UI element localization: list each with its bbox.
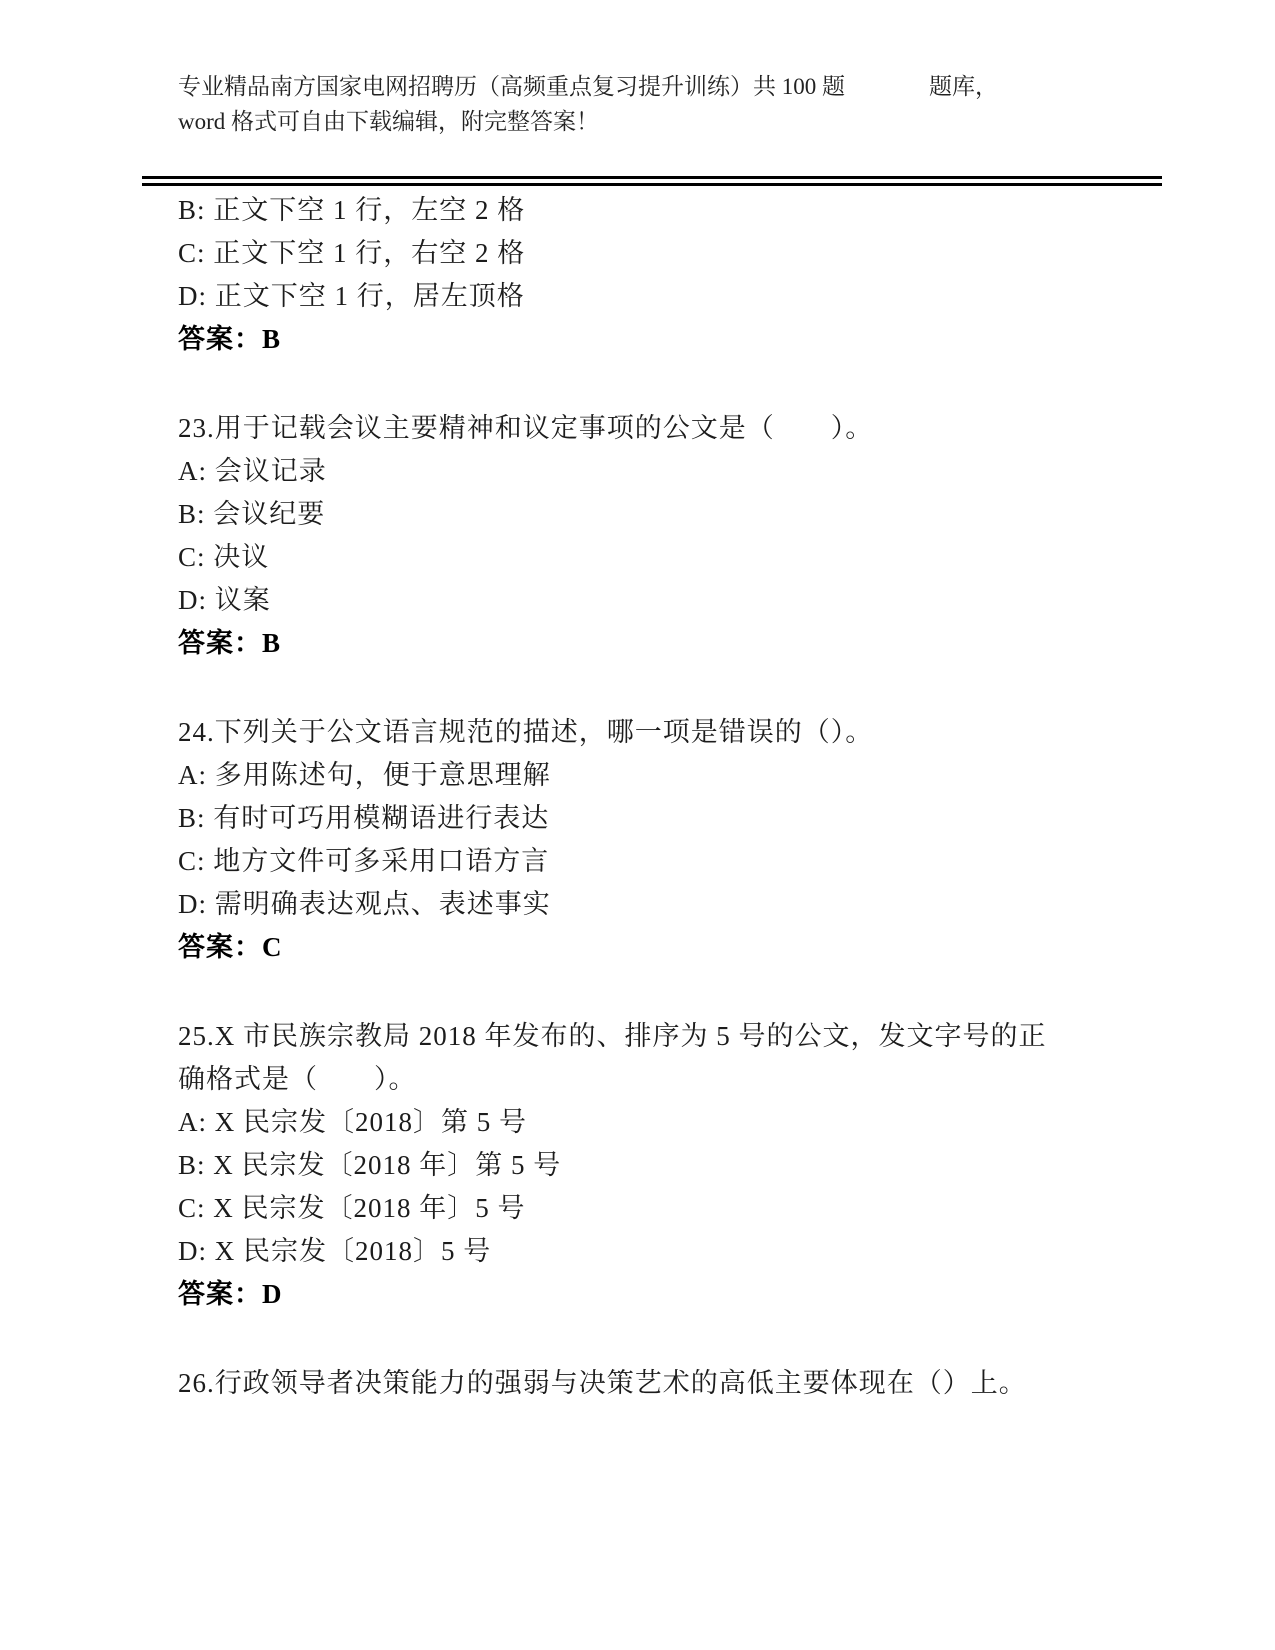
question-text: 25.X 市民族宗教局 2018 年发布的、排序为 5 号的公文，发文字号的正确…: [178, 1015, 1068, 1101]
option-line: C: X 民宗发〔2018 年〕5 号: [178, 1187, 1068, 1230]
answer-line: 答案：B: [178, 318, 1068, 361]
answer-label: 答案：: [178, 628, 262, 658]
option-line: A: 多用陈述句，便于意思理解: [178, 754, 1068, 797]
option-line: D: 议案: [178, 579, 1068, 622]
option-line: D: X 民宗发〔2018〕5 号: [178, 1230, 1068, 1273]
answer-label: 答案：: [178, 932, 262, 962]
option-line: D: 需明确表达观点、表述事实: [178, 883, 1068, 926]
question-24: 24.下列关于公文语言规范的描述，哪一项是错误的（）。 A: 多用陈述句，便于意…: [178, 711, 1068, 969]
answer-line: 答案：C: [178, 926, 1068, 969]
header-divider-double-line: [142, 176, 1162, 186]
question-23: 23.用于记载会议主要精神和议定事项的公文是（ ）。 A: 会议记录 B: 会议…: [178, 407, 1068, 665]
option-line: B: 有时可巧用模糊语进行表达: [178, 797, 1068, 840]
answer-value: D: [262, 1279, 283, 1309]
option-line: C: 决议: [178, 536, 1068, 579]
answer-value: C: [262, 932, 283, 962]
exam-document-page: 专业精品南方国家电网招聘历（高频重点复习提升训练）共 100 题题库， word…: [0, 0, 1275, 1650]
option-line: B: 会议纪要: [178, 493, 1068, 536]
header-line-1: 专业精品南方国家电网招聘历（高频重点复习提升训练）共 100 题题库，: [178, 69, 1128, 104]
header-title-text: 专业精品南方国家电网招聘历（高频重点复习提升训练）共 100 题: [178, 74, 845, 99]
option-line: B: X 民宗发〔2018 年〕第 5 号: [178, 1144, 1068, 1187]
answer-label: 答案：: [178, 324, 262, 354]
option-line: C: 地方文件可多采用口语方言: [178, 840, 1068, 883]
question-text: 23.用于记载会议主要精神和议定事项的公文是（ ）。: [178, 407, 1068, 450]
option-line: B: 正文下空 1 行，左空 2 格: [178, 189, 1068, 232]
question-26: 26.行政领导者决策能力的强弱与决策艺术的高低主要体现在（）上。: [178, 1362, 1068, 1405]
header-line-2: word 格式可自由下载编辑，附完整答案！: [178, 104, 1128, 139]
question-text: 24.下列关于公文语言规范的描述，哪一项是错误的（）。: [178, 711, 1068, 754]
answer-line: 答案：D: [178, 1273, 1068, 1316]
questions-content: B: 正文下空 1 行，左空 2 格 C: 正文下空 1 行，右空 2 格 D:…: [178, 189, 1068, 1405]
option-line: A: 会议记录: [178, 450, 1068, 493]
answer-value: B: [262, 628, 281, 658]
answer-line: 答案：B: [178, 622, 1068, 665]
option-line: A: X 民宗发〔2018〕第 5 号: [178, 1101, 1068, 1144]
question-22-continuation: B: 正文下空 1 行，左空 2 格 C: 正文下空 1 行，右空 2 格 D:…: [178, 189, 1068, 361]
option-line: C: 正文下空 1 行，右空 2 格: [178, 232, 1068, 275]
header-title-suffix: 题库，: [929, 74, 998, 99]
question-25: 25.X 市民族宗教局 2018 年发布的、排序为 5 号的公文，发文字号的正确…: [178, 1015, 1068, 1316]
question-text: 26.行政领导者决策能力的强弱与决策艺术的高低主要体现在（）上。: [178, 1362, 1068, 1405]
answer-value: B: [262, 324, 281, 354]
document-header: 专业精品南方国家电网招聘历（高频重点复习提升训练）共 100 题题库， word…: [178, 0, 1128, 139]
answer-label: 答案：: [178, 1279, 262, 1309]
option-line: D: 正文下空 1 行，居左顶格: [178, 275, 1068, 318]
